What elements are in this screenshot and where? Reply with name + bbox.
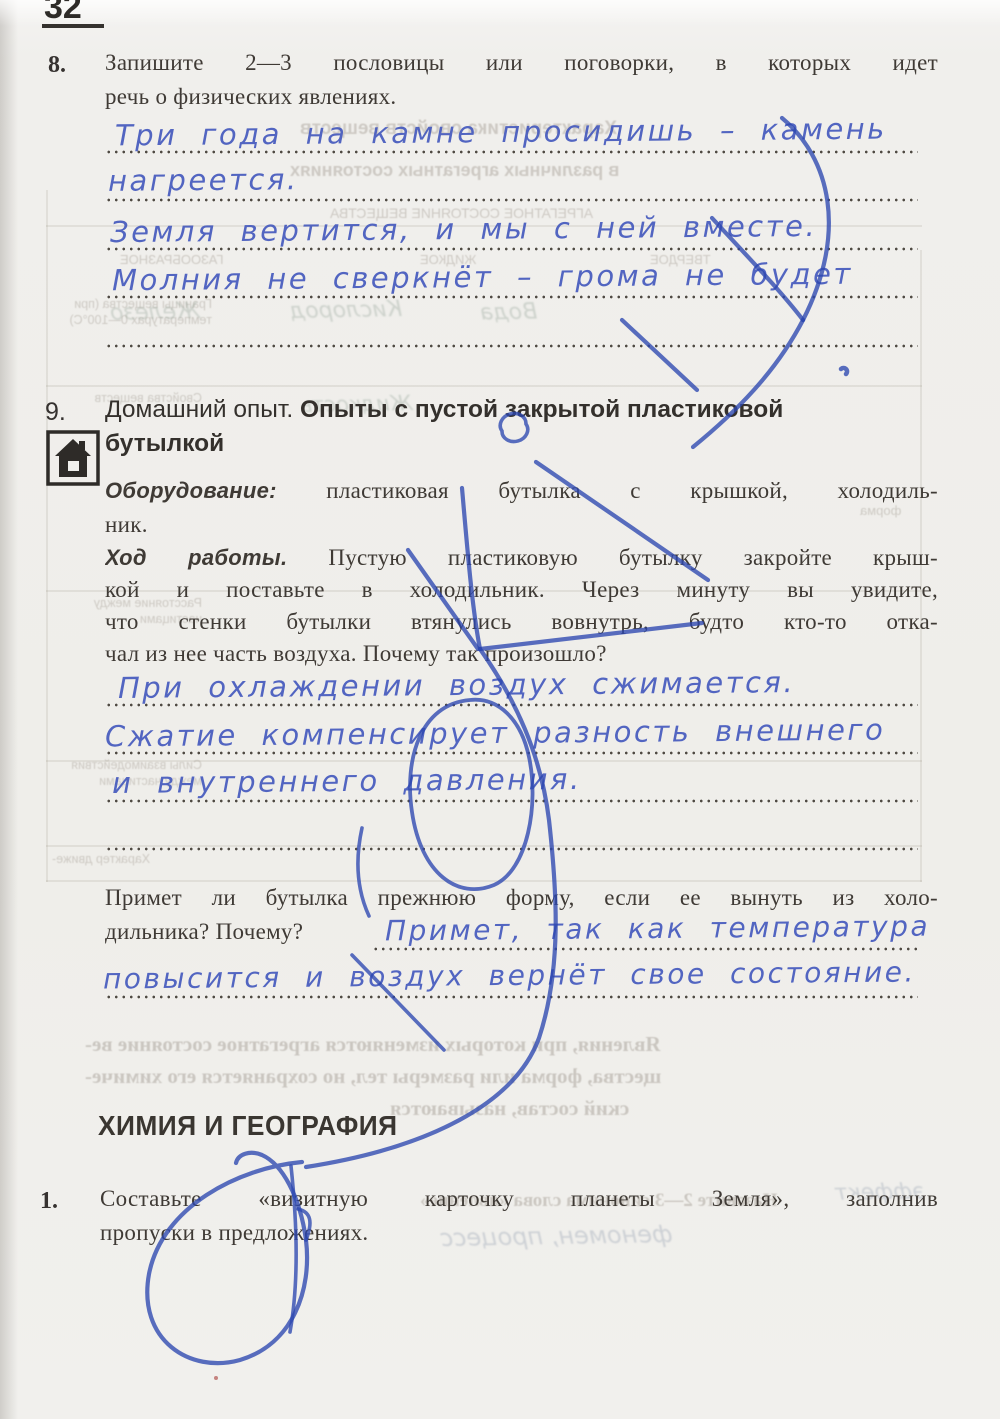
- bleed-table-line: [46, 190, 48, 882]
- handwritten-answer: нагреется.: [108, 165, 299, 196]
- home-experiment-icon: [46, 430, 100, 486]
- bleed-handwriting: Кислород: [290, 297, 403, 324]
- handwritten-answer: Три года на камне просидишь – камень: [115, 115, 887, 151]
- bleed-table-line: [46, 385, 922, 387]
- section-header: ХИМИЯ И ГЕОГРАФИЯ: [98, 1110, 398, 1142]
- answer-line: [105, 847, 918, 851]
- task8-number: 8.: [48, 52, 66, 79]
- bleed-handwriting: Вода: [480, 300, 538, 326]
- bleed-text: в различных агрегатных состояниях: [290, 160, 619, 181]
- equipment-text: пластиковая бутылка с крышкой, холодиль-: [277, 478, 938, 503]
- task9-label: Домашний опыт.: [105, 396, 300, 423]
- paper-speck: [214, 1376, 218, 1380]
- task9-title-line2: бутылкой: [105, 430, 938, 458]
- scan-edge-shadow: [0, 0, 18, 1419]
- handwritten-answer: При охлаждении воздух сжимается.: [118, 668, 795, 703]
- workbook-page: Характеристика свойств веществ в различн…: [0, 0, 1000, 1419]
- bleed-text: Явления, при которых изменяются агрегатн…: [85, 1032, 661, 1057]
- answer-line: [105, 344, 918, 348]
- task1-number: 1.: [40, 1188, 58, 1215]
- task9-title-line1: Опыты с пустой закрытой пластиковой: [300, 396, 783, 423]
- procedure-label: Ход работы.: [105, 545, 287, 570]
- handwritten-answer: повысится и воздух вернёт свое состояние…: [103, 958, 916, 993]
- bleed-table-line: [46, 880, 922, 882]
- page-number-rule: [42, 24, 104, 28]
- scan-edge-highlight: [0, 0, 1000, 26]
- procedure-text-line3: что стенки бутылки втянулись вовнутрь, б…: [105, 609, 938, 637]
- page-number: 32: [44, 0, 82, 27]
- procedure-text-line4: чал из нее часть воздуха. Почему так про…: [105, 641, 938, 667]
- bleed-text: Характер движе-: [52, 852, 150, 866]
- task9-number: 9.: [45, 398, 66, 427]
- task1-text-line2: пропуски в предложениях.: [100, 1220, 933, 1246]
- handwritten-answer: Примет, так как температура: [385, 913, 930, 946]
- task1-text-line1: Составьте «визитную карточку планеты Зем…: [100, 1186, 938, 1214]
- answer-line: [372, 947, 918, 951]
- procedure-text: Пустую пластиковую бутылку закройте крыш…: [287, 545, 938, 570]
- question2-line1: Примет ли бутылка прежнюю форму, если ее…: [105, 885, 938, 913]
- answer-line: [105, 995, 918, 999]
- equipment-label: Оборудование:: [105, 478, 277, 503]
- bleed-handwriting: Железо: [110, 299, 200, 326]
- bleed-text: ский состав, называются: [390, 1096, 629, 1121]
- handwritten-answer: Земля вертится, и мы с ней вместе.: [110, 212, 817, 247]
- handwritten-answer: и внутреннего давления.: [112, 765, 582, 798]
- task8-text-line1: Запишите 2—3 пословицы или поговорки, в …: [105, 50, 938, 78]
- procedure-text-line2: кой и поставьте в холодильник. Через мин…: [105, 577, 938, 605]
- equipment-text-line2: ник.: [105, 512, 938, 538]
- handwritten-answer: Молния не сверкнёт – грома не будет: [112, 260, 853, 295]
- answer-line: [105, 198, 918, 202]
- handwritten-answer: Сжатие компенсирует разность внешнего: [105, 716, 886, 752]
- answer-line: [105, 799, 918, 803]
- bleed-text: щества, форма или размеры тел, но сохран…: [85, 1064, 661, 1089]
- task8-text-line2: речь о физических явлениях.: [105, 84, 938, 110]
